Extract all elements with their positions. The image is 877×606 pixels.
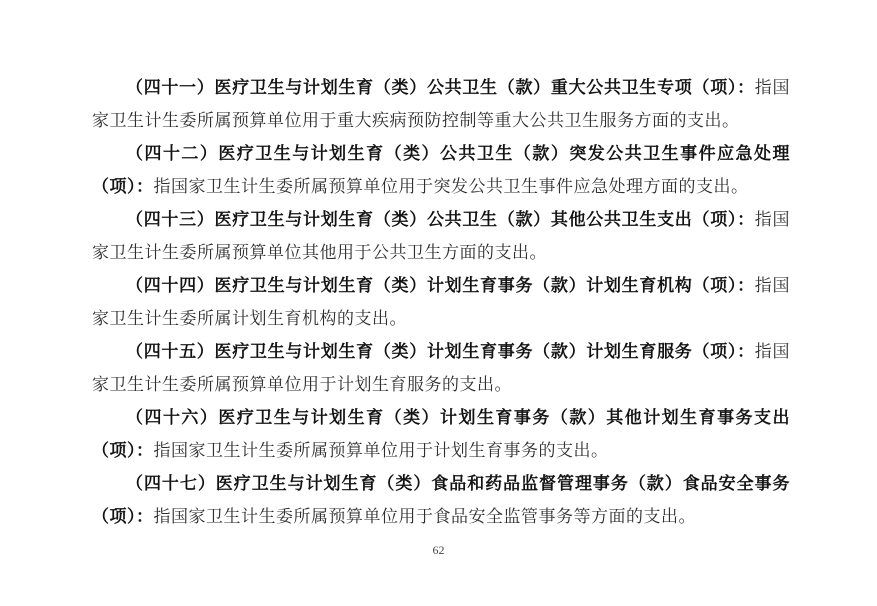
paragraph-41: （四十一）医疗卫生与计划生育（类）公共卫生（款）重大公共卫生专项（项）：指国家卫… (92, 71, 790, 137)
paragraph-41-heading: （四十一）医疗卫生与计划生育（类）公共卫生（款）重大公共卫生专项（项）： (126, 78, 755, 97)
paragraph-42: （四十二）医疗卫生与计划生育（类）公共卫生（款）突发公共卫生事件应急处理（项）：… (92, 137, 790, 203)
page-number: 62 (0, 543, 877, 558)
paragraph-47-text: 指国家卫生计生委所属预算单位用于食品安全监管事务等方面的支出。 (154, 507, 697, 526)
paragraph-44: （四十四）医疗卫生与计划生育（类）计划生育事务（款）计划生育机构（项）：指国家卫… (92, 269, 790, 335)
paragraph-45: （四十五）医疗卫生与计划生育（类）计划生育事务（款）计划生育服务（项）：指国家卫… (92, 335, 790, 401)
paragraph-46: （四十六）医疗卫生与计划生育（类）计划生育事务（款）其他计划生育事务支出（项）：… (92, 401, 790, 467)
document-page: （四十一）医疗卫生与计划生育（类）公共卫生（款）重大公共卫生专项（项）：指国家卫… (0, 0, 877, 606)
document-body: （四十一）医疗卫生与计划生育（类）公共卫生（款）重大公共卫生专项（项）：指国家卫… (92, 71, 790, 533)
paragraph-45-heading: （四十五）医疗卫生与计划生育（类）计划生育事务（款）计划生育服务（项）： (126, 342, 755, 361)
paragraph-46-text: 指国家卫生计生委所属预算单位用于计划生育事务的支出。 (154, 441, 609, 460)
paragraph-44-heading: （四十四）医疗卫生与计划生育（类）计划生育事务（款）计划生育机构（项）： (126, 276, 755, 295)
paragraph-43-heading: （四十三）医疗卫生与计划生育（类）公共卫生（款）其他公共卫生支出（项）： (126, 210, 755, 229)
paragraph-43: （四十三）医疗卫生与计划生育（类）公共卫生（款）其他公共卫生支出（项）：指国家卫… (92, 203, 790, 269)
paragraph-47: （四十七）医疗卫生与计划生育（类）食品和药品监督管理事务（款）食品安全事务（项）… (92, 467, 790, 533)
paragraph-42-text: 指国家卫生计生委所属预算单位用于突发公共卫生事件应急处理方面的支出。 (154, 177, 749, 196)
